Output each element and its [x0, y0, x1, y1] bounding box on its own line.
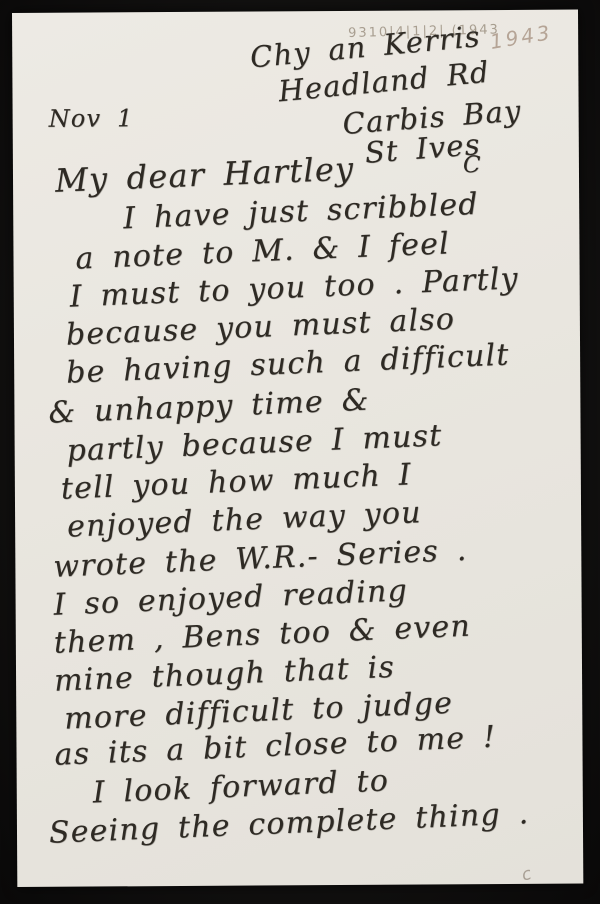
letter-paper: 9310|4|1|2| (1943 1943 Chy an Kerris Hea… [12, 10, 583, 887]
stray-ink-mark: C [463, 154, 482, 177]
photo-background: 9310|4|1|2| (1943 1943 Chy an Kerris Hea… [0, 0, 600, 904]
letter-date: Nov 1 [49, 106, 134, 131]
letter-line: I look forward to [92, 766, 389, 808]
corner-pencil-mark: c [520, 866, 533, 885]
salutation: My dear Hartley [54, 152, 354, 196]
